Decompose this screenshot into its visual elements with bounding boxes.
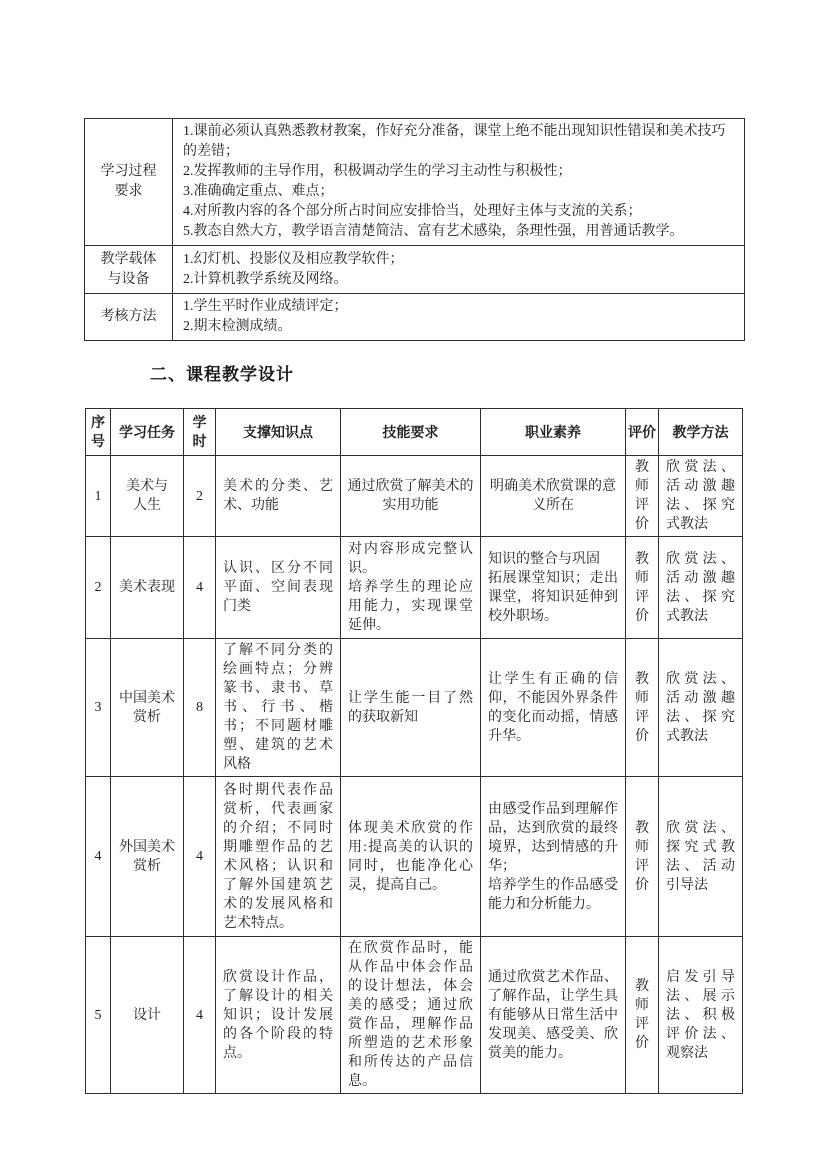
cell-teaching-methods: 欣赏法、活动激趣法、探究式教法 bbox=[659, 456, 743, 537]
cell-professional-quality: 明确美术欣赏课的意义所在 bbox=[481, 456, 626, 537]
header-knowledge-points: 支撑知识点 bbox=[216, 409, 341, 456]
cell-professional-quality: 通过欣赏艺术作品、了解作品，让学生具有能够从日常生活中发现美、感受美、欣赏美的能… bbox=[481, 937, 626, 1094]
cell-learning-task: 中国美术 赏析 bbox=[111, 639, 184, 777]
cell-teaching-methods: 欣赏法、探究式教法、活动引导法 bbox=[659, 777, 743, 937]
cell-serial-number: 2 bbox=[86, 537, 111, 639]
table-row: 5 设计 4 欣赏设计作品，了解设计的相关知识；设计发展的各个阶段的特点。 在欣… bbox=[86, 937, 743, 1094]
header-teaching-methods: 教学方法 bbox=[659, 409, 743, 456]
cell-serial-number: 5 bbox=[86, 937, 111, 1094]
cell-teaching-methods: 欣赏法、活动激趣法、探究式教法 bbox=[659, 537, 743, 639]
course-design-table: 序号 学习任务 学时 支撑知识点 技能要求 职业素养 评价 教学方法 1 美术与… bbox=[85, 408, 743, 1094]
cell-serial-number: 3 bbox=[86, 639, 111, 777]
cell-class-hours: 4 bbox=[184, 937, 216, 1094]
row-content-assessment-method: 1.学生平时作业成绩评定； 2.期末检测成绩。 bbox=[173, 294, 745, 341]
document-page: 学习过程 要求 1.课前必须认真熟悉教材教案，作好充分准备，课堂上绝不能出现知识… bbox=[0, 0, 827, 1170]
cell-serial-number: 4 bbox=[86, 777, 111, 937]
cell-serial-number: 1 bbox=[86, 456, 111, 537]
table-row: 1 美术与 人生 2 美术的分类、艺术、功能 通过欣赏了解美术的实用功能 明确美… bbox=[86, 456, 743, 537]
header-serial-number: 序号 bbox=[86, 409, 111, 456]
header-skill-requirements: 技能要求 bbox=[341, 409, 481, 456]
cell-knowledge-points: 认识、区分不同平面、空间表现门类 bbox=[216, 537, 341, 639]
cell-professional-quality: 让学生有正确的信仰，不能因外界条件的变化而动摇，情感升华。 bbox=[481, 639, 626, 777]
row-content-teaching-media: 1.幻灯机、投影仪及相应教学软件； 2.计算机教学系统及网络。 bbox=[173, 246, 745, 294]
cell-knowledge-points: 欣赏设计作品，了解设计的相关知识；设计发展的各个阶段的特点。 bbox=[216, 937, 341, 1094]
header-evaluation: 评价 bbox=[626, 409, 659, 456]
cell-class-hours: 4 bbox=[184, 537, 216, 639]
cell-skill-requirements: 通过欣赏了解美术的实用功能 bbox=[341, 456, 481, 537]
cell-learning-task: 设计 bbox=[111, 937, 184, 1094]
cell-knowledge-points: 了解不同分类的绘画特点；分辨篆书、隶书、草书、行书、楷书；不同题材雕塑、建筑的艺… bbox=[216, 639, 341, 777]
cell-skill-requirements: 对内容形成完整认识。 培养学生的理论应用能力，实现课堂延伸。 bbox=[341, 537, 481, 639]
cell-professional-quality: 由感受作品到理解作品，达到欣赏的最终境界，达到情感的升华； 培养学生的作品感受能… bbox=[481, 777, 626, 937]
cell-class-hours: 4 bbox=[184, 777, 216, 937]
table-row: 2 美术表现 4 认识、区分不同平面、空间表现门类 对内容形成完整认识。 培养学… bbox=[86, 537, 743, 639]
cell-skill-requirements: 让学生能一目了然的获取新知 bbox=[341, 639, 481, 777]
header-professional-quality: 职业素养 bbox=[481, 409, 626, 456]
table-row: 学习过程 要求 1.课前必须认真熟悉教材教案，作好充分准备，课堂上绝不能出现知识… bbox=[85, 119, 745, 246]
cell-teaching-methods: 启发引导法、展示法、积极评价法、观察法 bbox=[659, 937, 743, 1094]
cell-skill-requirements: 在欣赏作品时，能从作品中体会作品的设计想法，体会美的感受；通过欣赏作品，理解作品… bbox=[341, 937, 481, 1094]
teaching-info-table: 学习过程 要求 1.课前必须认真熟悉教材教案，作好充分准备，课堂上绝不能出现知识… bbox=[84, 118, 745, 341]
header-class-hours: 学时 bbox=[184, 409, 216, 456]
section-heading: 二、课程教学设计 bbox=[150, 360, 294, 385]
cell-learning-task: 美术表现 bbox=[111, 537, 184, 639]
cell-evaluation: 教师评价 bbox=[626, 537, 659, 639]
row-label-assessment-method: 考核方法 bbox=[85, 294, 173, 341]
cell-knowledge-points: 美术的分类、艺术、功能 bbox=[216, 456, 341, 537]
table-row: 教学载体 与设备 1.幻灯机、投影仪及相应教学软件； 2.计算机教学系统及网络。 bbox=[85, 246, 745, 294]
table-row: 4 外国美术 赏析 4 各时期代表作品赏析，代表画家的介绍；不同时期雕塑作品的艺… bbox=[86, 777, 743, 937]
cell-class-hours: 8 bbox=[184, 639, 216, 777]
cell-teaching-methods: 欣赏法、活动激趣法、探究式教法 bbox=[659, 639, 743, 777]
table-header-row: 序号 学习任务 学时 支撑知识点 技能要求 职业素养 评价 教学方法 bbox=[86, 409, 743, 456]
row-label-teaching-media: 教学载体 与设备 bbox=[85, 246, 173, 294]
row-label-learning-process: 学习过程 要求 bbox=[85, 119, 173, 246]
cell-learning-task: 美术与 人生 bbox=[111, 456, 184, 537]
cell-skill-requirements: 体现美术欣赏的作用:提高美的认识的同时，也能净化心灵，提高自己。 bbox=[341, 777, 481, 937]
table-row: 考核方法 1.学生平时作业成绩评定； 2.期末检测成绩。 bbox=[85, 294, 745, 341]
cell-learning-task: 外国美术 赏析 bbox=[111, 777, 184, 937]
header-learning-task: 学习任务 bbox=[111, 409, 184, 456]
cell-evaluation: 教师评价 bbox=[626, 777, 659, 937]
cell-evaluation: 教师评价 bbox=[626, 937, 659, 1094]
row-content-learning-process: 1.课前必须认真熟悉教材教案，作好充分准备，课堂上绝不能出现知识性错误和美术技巧… bbox=[173, 119, 745, 246]
cell-evaluation: 教师评价 bbox=[626, 456, 659, 537]
cell-class-hours: 2 bbox=[184, 456, 216, 537]
cell-professional-quality: 知识的整合与巩固 拓展课堂知识；走出课堂，将知识延伸到校外职场。 bbox=[481, 537, 626, 639]
cell-evaluation: 教师评价 bbox=[626, 639, 659, 777]
cell-knowledge-points: 各时期代表作品赏析，代表画家的介绍；不同时期雕塑作品的艺术风格；认识和了解外国建… bbox=[216, 777, 341, 937]
table-row: 3 中国美术 赏析 8 了解不同分类的绘画特点；分辨篆书、隶书、草书、行书、楷书… bbox=[86, 639, 743, 777]
